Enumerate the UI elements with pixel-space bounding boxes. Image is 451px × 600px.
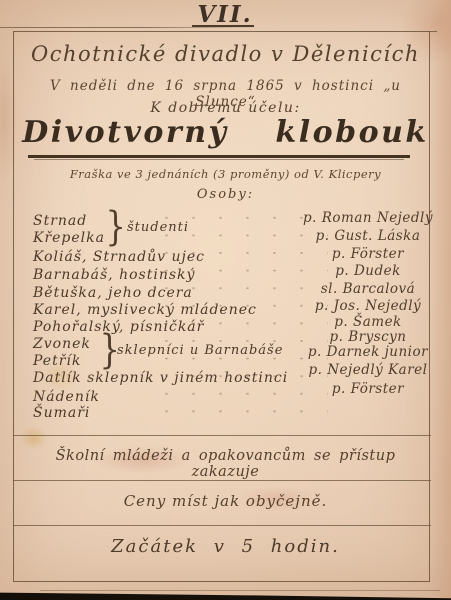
notice-youth: Školní mládeži a opakovancům se přístup … xyxy=(18,448,433,480)
cast-actor: sl. Barcalová xyxy=(303,281,433,297)
cast-actor: p. Förster xyxy=(303,381,433,397)
notice-prices: Ceny míst jak obyčejně. xyxy=(30,492,421,510)
cast-role: Bětuška, jeho dcera xyxy=(33,285,193,301)
cast-role: Šumaři xyxy=(33,405,90,421)
cast-actor: p. Nejedlý Karel xyxy=(303,362,433,378)
cast-actor: p. Gust. Láska xyxy=(303,228,433,244)
play-subtitle: Fraška ve 3 jednáních (3 proměny) od V. … xyxy=(20,167,431,181)
playbill-photo: VII. Ochotnické divadlo v Dělenicích V n… xyxy=(0,0,451,600)
top-rule xyxy=(0,27,260,28)
section-divider-3 xyxy=(13,525,431,526)
cast-role: Datlík sklepník v jiném hostinci xyxy=(33,370,288,386)
cast-actor: p. Förster xyxy=(303,246,433,262)
section-divider-2 xyxy=(13,480,431,481)
start-time-note: Začátek v 5 hodin. xyxy=(30,536,421,557)
cast-group-label: študenti xyxy=(127,220,189,235)
cast-list: Strnadp. Roman NejedlýKřepelkap. Gust. L… xyxy=(13,205,431,435)
play-title: Divotvorný klobouk xyxy=(20,115,431,150)
cast-role: Křepelka xyxy=(33,230,105,246)
border-overhang xyxy=(429,31,437,32)
cast-group-label: sklepníci u Barnabáše xyxy=(117,343,283,358)
cast-bracket: } xyxy=(106,207,126,247)
cast-role: Zvonek xyxy=(33,336,91,352)
cast-actor: p. Bryscyn xyxy=(303,329,433,345)
cast-heading: Osoby: xyxy=(30,187,421,202)
theatre-line: Ochotnické divadlo v Dělenicích xyxy=(30,42,421,66)
cast-actor: p. Jos. Nejedlý xyxy=(303,298,433,314)
cast-role: Barnabáš, hostinský xyxy=(33,267,195,283)
title-underline xyxy=(28,155,410,158)
cast-actor: p. Šamek xyxy=(303,314,433,330)
title-underline-echo xyxy=(34,159,404,160)
photo-edge-strip xyxy=(0,591,451,600)
cast-role: Karel, myslivecký mládenec xyxy=(33,302,257,318)
section-divider-1 xyxy=(13,435,431,436)
cast-role: Koliáš, Strnadův ujec xyxy=(33,249,205,265)
cast-role: Nádeník xyxy=(33,389,100,405)
cast-role: Strnad xyxy=(33,213,87,229)
cast-actor: p. Darnek junior xyxy=(303,344,433,360)
cast-actor: p. Dudek xyxy=(303,263,433,279)
purpose-line: K dobrému účelu: xyxy=(30,100,421,116)
folio-number: VII. xyxy=(175,1,275,28)
stain xyxy=(430,0,451,600)
cast-actor: p. Roman Nejedlý xyxy=(303,210,433,226)
page-edge-line xyxy=(40,590,440,591)
cast-role: Petřík xyxy=(33,353,81,369)
